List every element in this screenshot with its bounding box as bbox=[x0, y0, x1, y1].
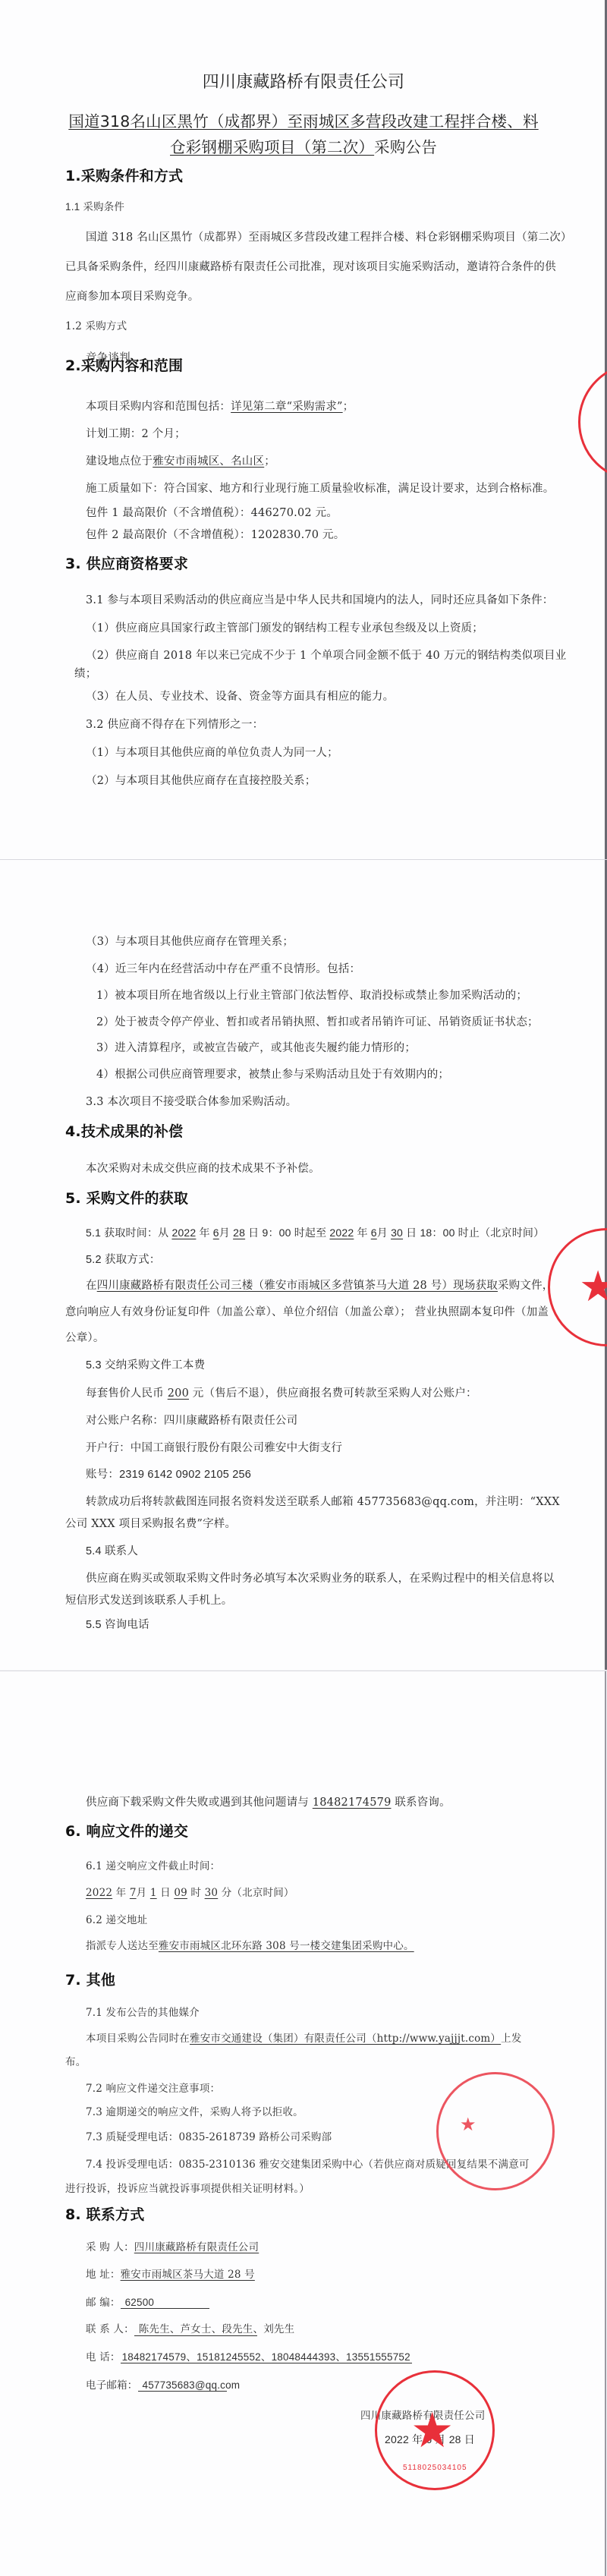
star-icon: ★ bbox=[579, 1262, 607, 1312]
label: 邮 编： bbox=[86, 2297, 121, 2309]
time: 9：00 bbox=[262, 1227, 291, 1239]
timezone: （北京时间） bbox=[480, 1227, 544, 1239]
clause-3-2-4-4: 4）根据公司供应商管理要求，被禁止参与采购活动且处于有效期内的； bbox=[96, 1069, 449, 1081]
clause-3-2-3: （3）与本项目其他供应商存在管理关系； bbox=[86, 937, 294, 948]
media-line: 本项目采购公告同时在雅安市交通建设（集团）有限责任公司（http://www.y… bbox=[86, 2034, 522, 2045]
address-value: 雅安市雨城区茶马大道 28 号 bbox=[121, 2269, 255, 2281]
clause-5-1: 5.1 获取时间：从 2022 年 6月 28 日 9：00 时起至 2022 … bbox=[86, 1227, 544, 1238]
section-3-heading: 3. 供应商资格要求 bbox=[65, 557, 188, 572]
hotline-line: 供应商下载采购文件失败或遇到其他问题请与 18482174579 联系咨询。 bbox=[86, 1797, 451, 1809]
month: 7 bbox=[130, 1887, 137, 1899]
doc-title-line-2: 仓彩钢棚采购项目（第二次）采购公告 bbox=[0, 140, 607, 156]
clause-7-3b: 7.3 质疑受理电话：0835-2618739 路桥公司采购部 bbox=[86, 2133, 332, 2143]
doc-title-line-1: 国道318名山区黑竹（成都界）至雨城区多营段改建工程拌合楼、料 bbox=[0, 114, 607, 130]
label: 联 系 人： bbox=[86, 2323, 134, 2335]
text: 在 bbox=[86, 1280, 97, 1292]
clause-5-2-line-1: 在四川康藏路桥有限责任公司三楼（雅安市雨城区多营镇茶马大道 28 号）现场获取采… bbox=[86, 1280, 553, 1292]
clause-5-2-line-3: 公章）。 bbox=[65, 1333, 105, 1344]
hour: 09 bbox=[174, 1887, 187, 1899]
contact-instructions-2: 短信形式发送到该联系人手机上。 bbox=[65, 1595, 233, 1607]
page-break bbox=[0, 1671, 607, 1671]
clause-5-2: 5.2 获取方式： bbox=[86, 1255, 161, 1266]
fee-line: 每套售价人民币 200 元（售后不退），供应商报名费可转款至采购人对公账户： bbox=[86, 1388, 477, 1400]
text: 采购文件， bbox=[498, 1280, 554, 1292]
text: 指派专人送达至 bbox=[86, 1940, 159, 1952]
label: 电子邮箱： bbox=[86, 2379, 138, 2392]
clause-3-2-4-2: 2）处于被责令停产停业、暂扣或者吊销执照、暂扣或者吊销许可证、吊销资质证书状态； bbox=[96, 1017, 539, 1028]
address-value: 雅安市雨城区北环东路 308 号一楼交建集团采购中心。 bbox=[159, 1940, 414, 1952]
clause-7-3a: 7.3 逾期递交的响应文件，采购人将予以拒收。 bbox=[86, 2108, 303, 2118]
text: 5.1 获取时间：从 bbox=[86, 1227, 171, 1239]
phone-row: 电 话：18482174579、15181245552、18048444393、… bbox=[86, 2352, 412, 2363]
day: 28 bbox=[233, 1227, 245, 1239]
time: 18：00 bbox=[420, 1227, 454, 1239]
text: 联系咨询。 bbox=[392, 1797, 451, 1809]
contacts-value: 陈先生、芦女士、段先生、刘先生 bbox=[134, 2325, 257, 2336]
clause-3-2-1: （1）与本项目其他供应商的单位负责人为同一人； bbox=[86, 748, 338, 759]
text: 每套售价人民币 bbox=[86, 1387, 168, 1400]
clause-3-1-1: （1）供应商应具国家行政主管部门颁发的钢结构工程专业承包叁级及以上资质； bbox=[86, 623, 483, 635]
day: 1 bbox=[150, 1887, 157, 1899]
clause-3-1-2: （2）供应商自 2018 年以来已完成不少于 1 个单项合同金额不低于 40 万… bbox=[86, 650, 566, 662]
lot-1-price: 包件 1 最高限价（不含增值税）：446270.02 元。 bbox=[86, 508, 338, 519]
clause-5-4: 5.4 联系人 bbox=[86, 1546, 138, 1557]
clause-6-2: 6.2 递交地址 bbox=[86, 1916, 147, 1926]
address-row: 地 址：雅安市雨城区茶马大道 28 号 bbox=[86, 2270, 255, 2281]
location-value: 雅安市雨城区、名山区 bbox=[153, 455, 264, 468]
quality-requirement: 施工质量如下：符合国家、地方和行业现行施工质量验收标准，满足设计要求，达到合格标… bbox=[86, 483, 554, 495]
transfer-instructions-2: 公司 XXX 项目采购报名费”字样。 bbox=[65, 1519, 236, 1530]
location-end: ； bbox=[264, 455, 275, 468]
section-1-heading: 1.采购条件和方式 bbox=[65, 169, 183, 184]
submission-address: 指派专人送达至雅安市雨城区北环东路 308 号一楼交建集团采购中心。 bbox=[86, 1941, 414, 1952]
purchaser-row: 采 购 人：四川康藏路桥有限责任公司 bbox=[86, 2243, 259, 2253]
page-break bbox=[0, 859, 607, 860]
text: 供应商下载采购文件失败或遇到其他问题请与 bbox=[86, 1797, 313, 1809]
clause-5-5: 5.5 咨询电话 bbox=[86, 1620, 149, 1631]
bank-name: 开户行：中国工商银行股份有限公司雅安中大街支行 bbox=[86, 1443, 342, 1454]
clause-3-2: 3.2 供应商不得存在下列情形之一： bbox=[86, 720, 263, 731]
phone-value: 18482174579、15181245552、18048444393、1355… bbox=[121, 2352, 412, 2363]
seal-number: 5118025034105 bbox=[403, 2464, 467, 2472]
clause-6-1: 6.1 递交响应文件截止时间： bbox=[86, 1862, 220, 1872]
label: 地 址： bbox=[86, 2269, 121, 2281]
fee-amount: 200 bbox=[168, 1387, 189, 1400]
clause-3-1-3: （3）在人员、专业技术、设备、资金等方面具有相应的能力。 bbox=[86, 691, 394, 703]
account-name: 对公账户名称：四川康藏路桥有限责任公司 bbox=[86, 1416, 297, 1427]
paragraph-line: 应商参加本项目采购竞争。 bbox=[65, 291, 199, 303]
section-6-heading: 6. 响应文件的递交 bbox=[65, 1825, 188, 1839]
minute: 30 bbox=[205, 1887, 219, 1899]
purchaser-value: 四川康藏路桥有限责任公司 bbox=[134, 2241, 259, 2253]
deadline: 2022 年 7月 1 日 09 时 30 分（北京时间） bbox=[86, 1888, 294, 1899]
contact-instructions-1: 供应商在购买或领取采购文件时务必填写本次采购业务的联系人，在采购过程中的相关信息… bbox=[86, 1573, 554, 1585]
scope-value: 详见第二章“采购需求” bbox=[231, 401, 343, 413]
company-name: 四川康藏路桥有限责任公司 bbox=[0, 74, 607, 91]
section-5-heading: 5. 采购文件的获取 bbox=[65, 1192, 188, 1206]
section-4-heading: 4.技术成果的补偿 bbox=[65, 1125, 183, 1139]
timezone: 分（北京时间） bbox=[222, 1887, 294, 1899]
clause-3-2-4-3: 3）进入清算程序，或被宣告破产，或其他丧失履约能力情形的； bbox=[96, 1043, 416, 1054]
year: 2022 bbox=[86, 1887, 112, 1899]
text: 上发 bbox=[501, 2033, 521, 2045]
year: 2022 bbox=[171, 1227, 196, 1239]
scope-label: 本项目采购内容和范围包括： bbox=[86, 401, 231, 413]
month: 6 bbox=[371, 1227, 377, 1239]
transfer-instructions-1: 转款成功后将转款截图连同报名资料发送至联系人邮箱 457735683@qq.co… bbox=[86, 1497, 560, 1508]
lot-2-price: 包件 2 最高限价（不含增值税）：1202830.70 元。 bbox=[86, 530, 344, 541]
doc-title-rest: 采购公告 bbox=[374, 138, 437, 156]
section-1-1-label: 1.1 采购条件 bbox=[65, 202, 124, 213]
hotline-phone: 18482174579 bbox=[313, 1797, 392, 1809]
section-8-heading: 8. 联系方式 bbox=[65, 2208, 144, 2222]
clause-7-2: 7.2 响应文件递交注意事项： bbox=[86, 2084, 220, 2095]
text: 元（售后不退），供应商报名费可转款至采购人对公账户： bbox=[189, 1387, 477, 1400]
location-line: 建设地点位于雅安市雨城区、名山区； bbox=[86, 456, 275, 468]
text: 本项目采购公告同时在 bbox=[86, 2033, 190, 2045]
company-seal: ★ 5118025034105 bbox=[375, 2370, 495, 2490]
clause-7-1: 7.1 发布公告的其他媒介 bbox=[86, 2008, 200, 2019]
account-number: 账号：2319 6142 0902 2105 256 bbox=[86, 1469, 251, 1481]
section-7-heading: 7. 其他 bbox=[65, 1973, 115, 1988]
month: 6 bbox=[213, 1227, 219, 1239]
doc-title-underlined: 仓彩钢棚采购项目（第二次） bbox=[170, 138, 374, 156]
clause-3-2-4: （4）近三年内在经营活动中存在严重不良情形。包括： bbox=[86, 964, 360, 975]
email-row: 电子邮箱：457735683@qq.com bbox=[86, 2380, 227, 2392]
clause-3-1: 3.1 参与本项目采购活动的供应商应当是中华人民共和国境内的法人，同时还应具备如… bbox=[86, 595, 553, 606]
media-line-2: 布。 bbox=[65, 2058, 86, 2068]
media-link[interactable]: 雅安市交通建设（集团）有限责任公司（http://www.yajjjt.com） bbox=[190, 2033, 501, 2045]
plan-period: 计划工期：2 个月； bbox=[86, 429, 186, 440]
scope-end: ； bbox=[343, 401, 354, 413]
clause-3-2-2: （2）与本项目其他供应商存在直接控股关系； bbox=[86, 776, 316, 787]
postcode-value: 62500 bbox=[121, 2297, 209, 2309]
clause-3-2-4-1: 1）被本项目所在地省级以上行业主管部门依法暂停、取消投标或禁止参加采购活动的； bbox=[96, 990, 527, 1002]
year: 2022 bbox=[329, 1227, 354, 1239]
clause-5-2-line-2: 意向响应人有效身份证复印件（加盖公章）、单位介绍信（加盖公章）； 营业执照副本复… bbox=[65, 1307, 549, 1318]
pickup-place: 四川康藏路桥有限责任公司三楼（雅安市雨城区多营镇茶马大道 28 号）现场获取 bbox=[97, 1280, 498, 1292]
clause-3-1-2-cont: 绩； bbox=[74, 669, 96, 680]
clause-3-3: 3.3 本次项目不接受联合体参加采购活动。 bbox=[86, 1097, 297, 1108]
section-4-text: 本次采购对未成交供应商的技术成果不予补偿。 bbox=[86, 1164, 320, 1175]
email-value[interactable]: 457735683@qq.com bbox=[138, 2380, 227, 2392]
clause-7-4-line-2: 进行投诉，投诉应当就投诉事项提供相关证明材料。） bbox=[65, 2184, 310, 2195]
location-label: 建设地点位于 bbox=[86, 455, 153, 468]
section-2-heading: 2.采购内容和范围 bbox=[65, 359, 183, 373]
label: 采 购 人： bbox=[86, 2241, 134, 2253]
star-icon: ★ bbox=[410, 2403, 454, 2459]
contacts-row: 联 系 人：陈先生、芦女士、段先生、刘先生 bbox=[86, 2325, 257, 2336]
star-icon: ★ bbox=[460, 2114, 476, 2135]
paragraph-line: 已具备采购条件，经四川康藏路桥有限责任公司批准，现对该项目实施采购活动，邀请符合… bbox=[65, 262, 556, 273]
seal-stamp-partial: ★ bbox=[436, 2072, 555, 2190]
day: 30 bbox=[391, 1227, 403, 1239]
clause-5-3: 5.3 交纳采购文件工本费 bbox=[86, 1360, 205, 1371]
section-1-2-label: 1.2 采购方式 bbox=[65, 322, 127, 332]
label: 电 话： bbox=[86, 2351, 121, 2363]
paragraph-line: 国道 318 名山区黑竹（成都界）至雨城区多营段改建工程拌合楼、料仓彩钢棚采购项… bbox=[86, 232, 572, 244]
postcode-row: 邮 编：62500 bbox=[86, 2297, 209, 2309]
scope-line: 本项目采购内容和范围包括：详见第二章“采购需求”； bbox=[86, 402, 354, 413]
